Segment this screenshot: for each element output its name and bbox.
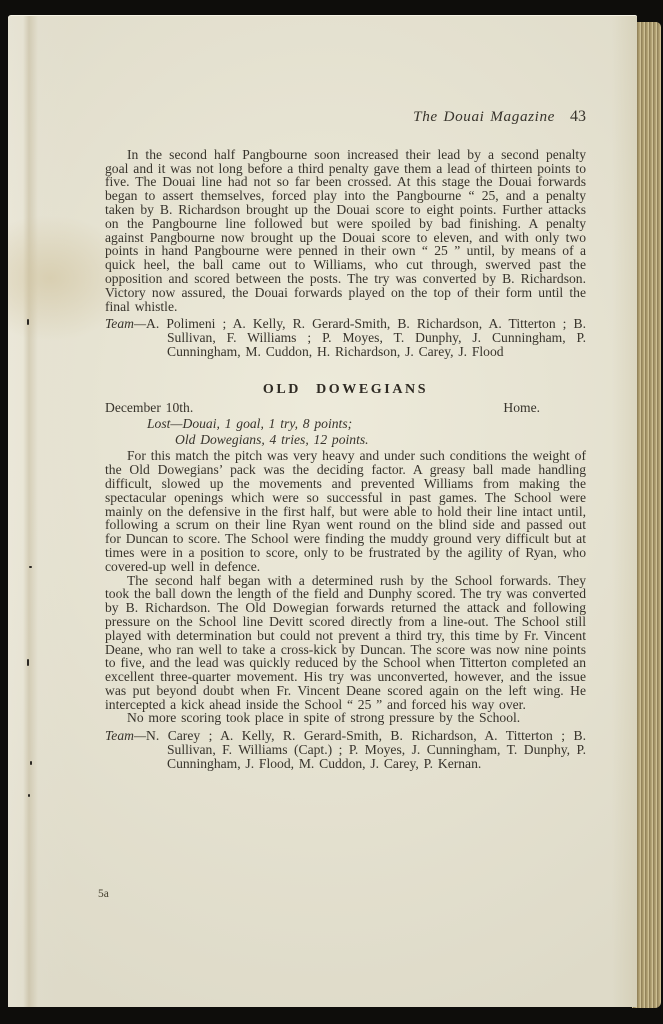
- ink-mark: [27, 319, 29, 325]
- page-number: 43: [570, 110, 586, 124]
- old-dowegians-report-paragraph-2: The second half began with a determined …: [105, 574, 586, 712]
- team-names: A. Polimeni ; A. Kelly, R. Gerard-Smith,…: [146, 316, 586, 359]
- ink-mark: [29, 566, 32, 568]
- page-content: The Douai Magazine 43 In the second half…: [105, 16, 586, 771]
- ink-mark: [27, 659, 29, 666]
- section-heading: OLD DOWEGIANS: [105, 383, 586, 397]
- magazine-page: The Douai Magazine 43 In the second half…: [8, 15, 637, 1007]
- team-names: N. Carey ; A. Kelly, R. Gerard-Smith, B.…: [146, 728, 586, 771]
- match-meta-row: December 10th. Home.: [105, 401, 586, 415]
- magazine-title: The Douai Magazine: [413, 110, 555, 124]
- team-label: Team—: [105, 728, 146, 743]
- running-head: The Douai Magazine 43: [105, 110, 586, 124]
- match-date: December 10th.: [105, 401, 193, 415]
- scanned-book-photo: The Douai Magazine 43 In the second half…: [0, 0, 663, 1024]
- ink-mark: [30, 761, 32, 765]
- pangbourne-report-paragraph: In the second half Pangbourne soon incre…: [105, 148, 586, 314]
- old-dowegians-team-list: Team—N. Carey ; A. Kelly, R. Gerard-Smit…: [105, 729, 586, 770]
- result-line-1: Lost—Douai, 1 goal, 1 try, 8 points;: [147, 416, 586, 432]
- team-label: Team—: [105, 316, 146, 331]
- ink-mark: [28, 794, 30, 797]
- old-dowegians-report-paragraph-3: No more scoring took place in spite of s…: [105, 711, 586, 725]
- old-dowegians-report-paragraph-1: For this match the pitch was very heavy …: [105, 449, 586, 573]
- pangbourne-team-list: Team—A. Polimeni ; A. Kelly, R. Gerard-S…: [105, 317, 586, 358]
- result-line-2: Old Dowegians, 4 tries, 12 points.: [175, 432, 586, 448]
- printers-signature-mark: 5a: [98, 888, 109, 900]
- match-venue: Home.: [503, 401, 540, 415]
